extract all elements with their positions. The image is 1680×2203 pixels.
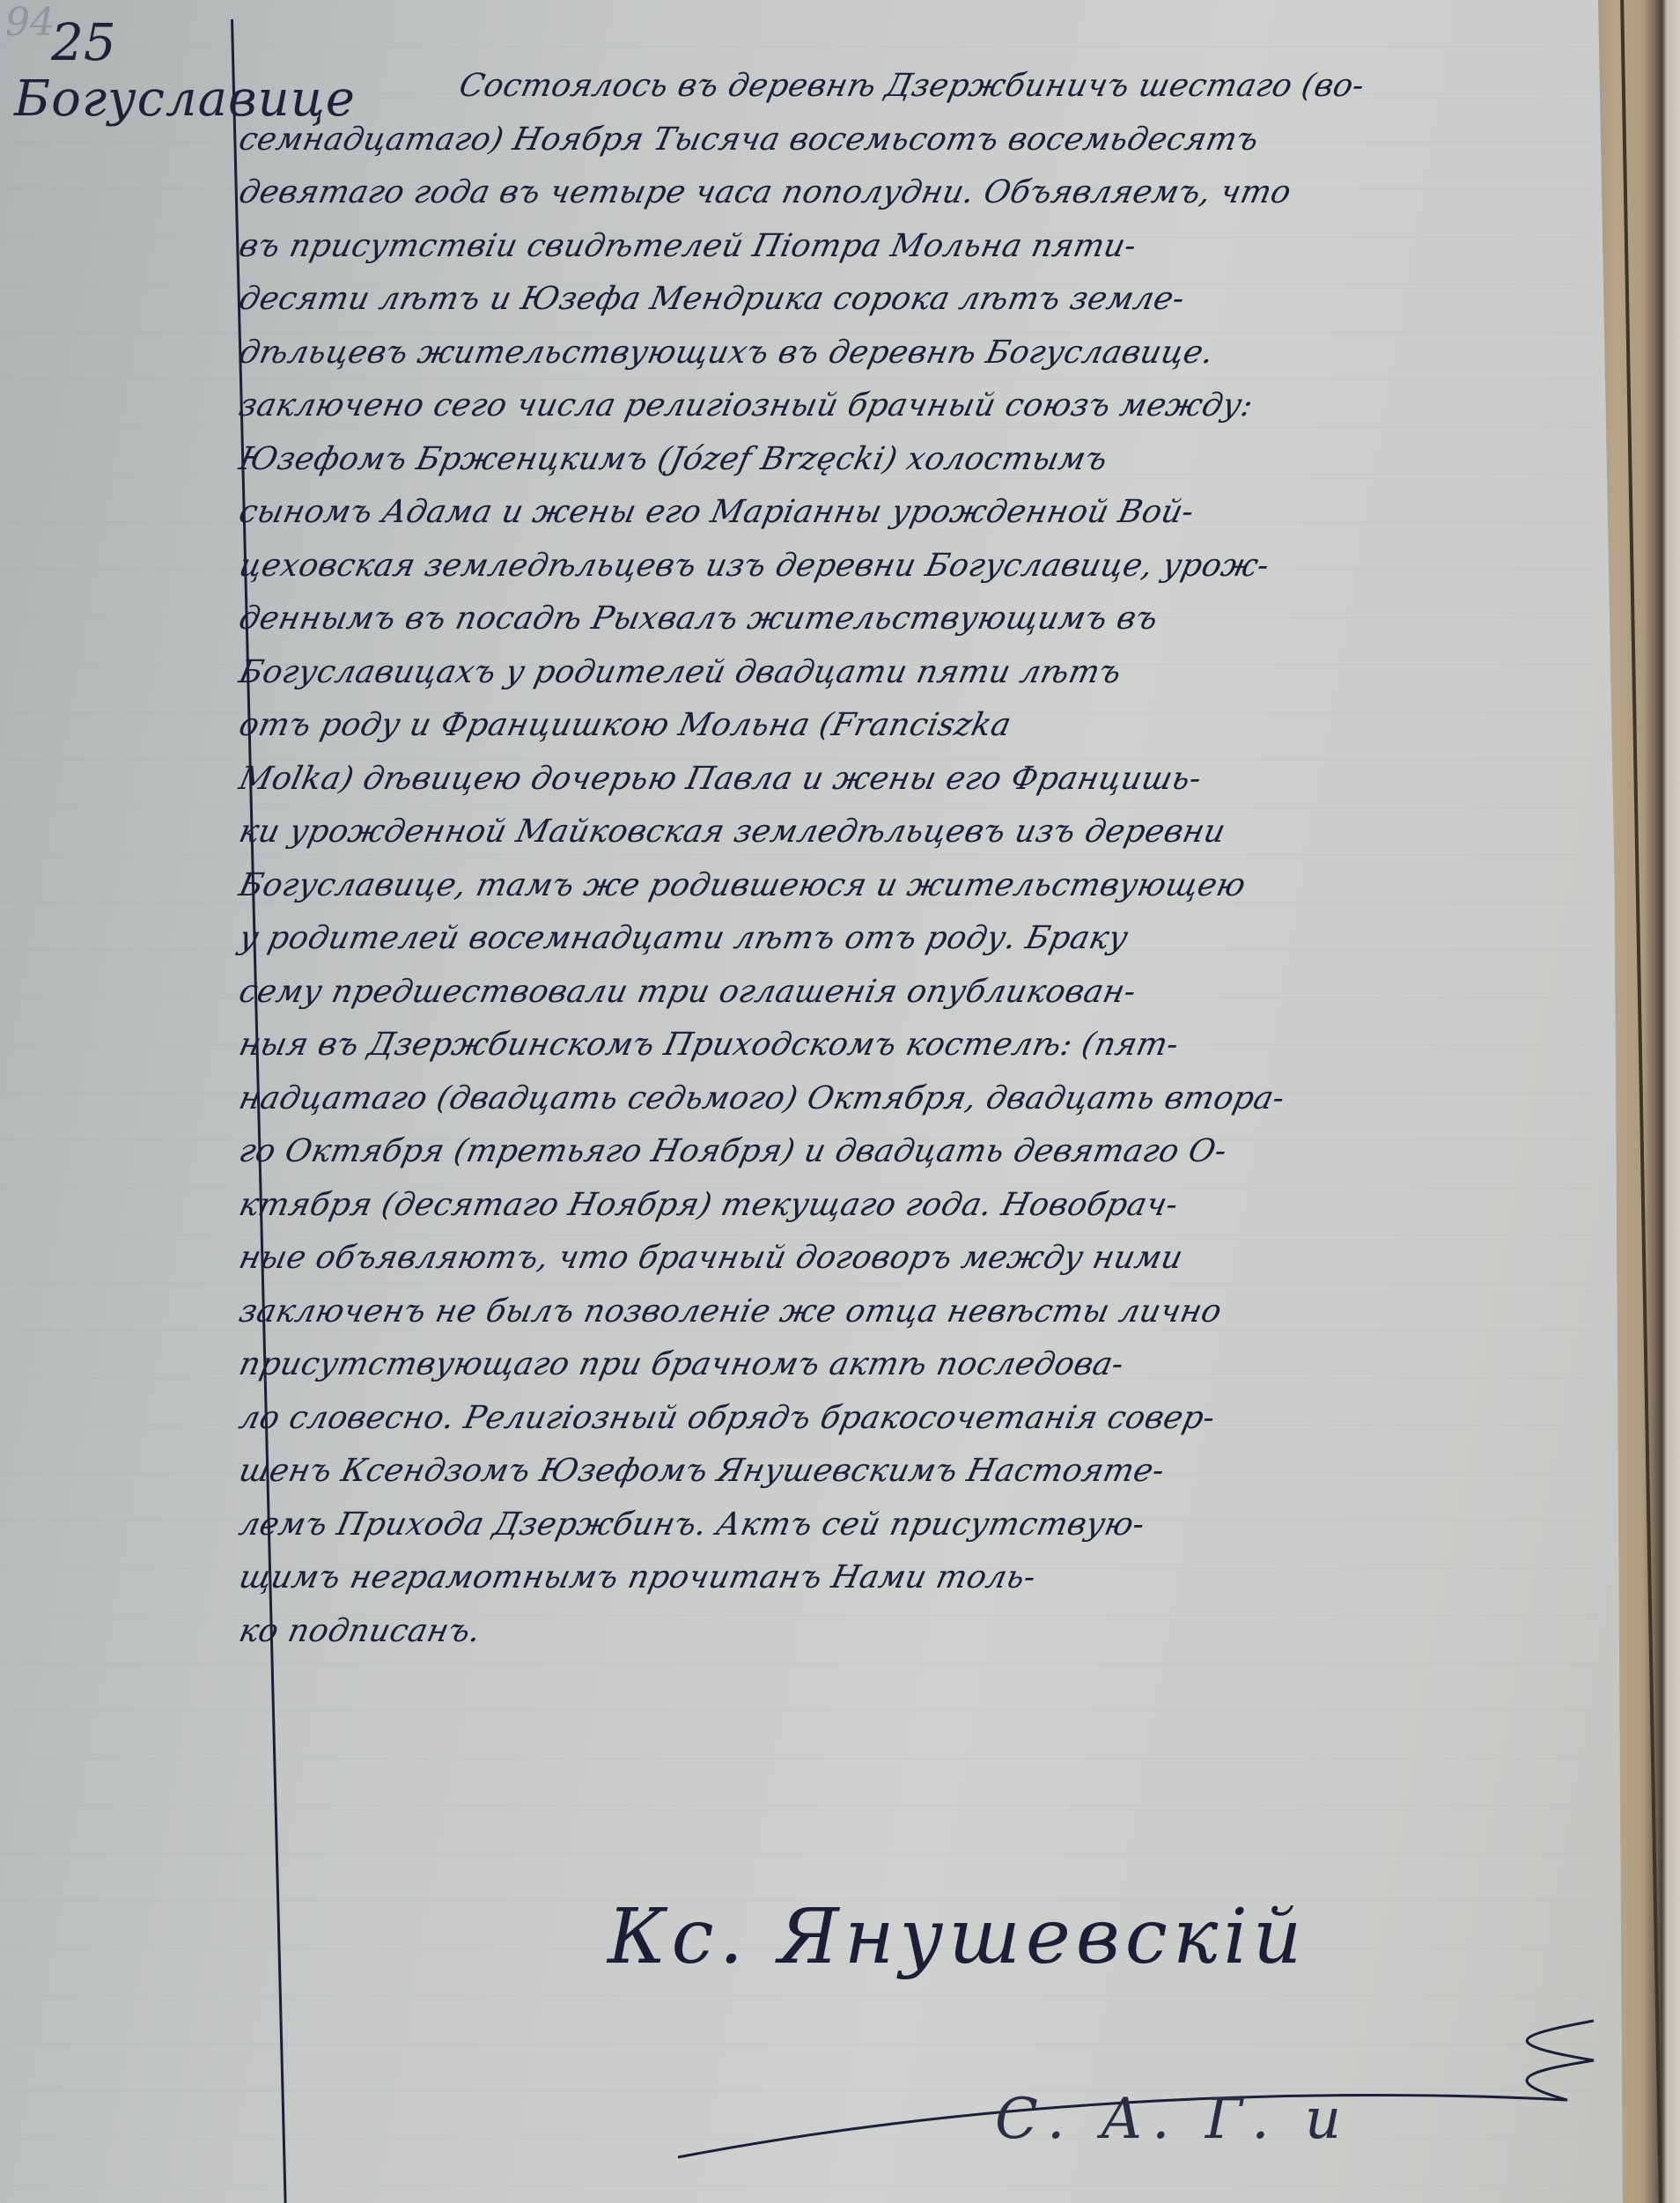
text-line: ныя въ Дзержбинскомъ Приходскомъ костелѣ… (234, 1019, 1602, 1072)
text-line: Molka) дѣвицею дочерью Павла и жены его … (234, 753, 1602, 807)
text-line: отъ роду и Францишкою Мольна (Franciszka (234, 699, 1602, 753)
text-line: деннымъ въ посадѣ Рыхвалъ жительствующим… (234, 593, 1602, 646)
text-line: цеховская земледѣльцевъ изъ деревни Богу… (234, 540, 1602, 593)
text-line: девятаго года въ четыре часа пополудни. … (234, 166, 1602, 220)
text-line: ко подписанъ. (234, 1605, 1602, 1659)
text-line: лемъ Прихода Дзержбинъ. Актъ сей присутс… (234, 1499, 1602, 1552)
text-line: присутствующаго при брачномъ актѣ послед… (234, 1338, 1602, 1392)
text-line: заключено сего числа религіозный брачный… (234, 379, 1602, 433)
text-line: ные объявляютъ, что брачный договоръ меж… (234, 1232, 1602, 1286)
text-line: ло словесно. Религіозный обрядъ бракосоч… (234, 1392, 1602, 1446)
manuscript-page: 94 25 Богуславице Состоялось въ деревнѣ … (0, 0, 1680, 2203)
text-line: шенъ Ксендзомъ Юзефомъ Янушевскимъ Насто… (234, 1445, 1602, 1499)
text-line: Юзефомъ Брженцкимъ (Józef Brzęcki) холос… (234, 433, 1602, 487)
text-line: го Октября (третьяго Ноября) и двадцать … (234, 1125, 1602, 1179)
text-line: Богуславице, тамъ же родившеюся и житель… (234, 859, 1602, 913)
text-line: десяти лѣтъ и Юзефа Мендрика сорока лѣтъ… (234, 273, 1602, 327)
text-line: сыномъ Адама и жены его Маріанны урожден… (234, 486, 1602, 540)
folio-number: 94 (5, 0, 55, 45)
text-line: сему предшествовали три оглашенія опубли… (234, 966, 1602, 1020)
entry-number: 25 (51, 12, 116, 72)
record-body: Состоялось въ деревнѣ Дзержбиничъ шестаг… (239, 60, 1595, 1658)
text-line: ки урожденной Майковская земледѣльцевъ и… (234, 806, 1602, 859)
text-line: щимъ неграмотнымъ прочитанъ Нами толь- (234, 1551, 1602, 1605)
text-line: въ присутствіи свидѣтелей Піотра Мольна … (234, 220, 1602, 274)
text-line: заключенъ не былъ позволеніе же отца нев… (234, 1286, 1602, 1339)
text-line: ктября (десятаго Ноября) текущаго года. … (234, 1179, 1602, 1233)
signature-block: Кс. Янушевскій С. А. Г. и (608, 1893, 1620, 2192)
text-line: Богуславицахъ у родителей двадцати пяти … (234, 646, 1602, 700)
text-line: у родителей восемнадцати лѣтъ отъ роду. … (234, 912, 1602, 966)
text-line: семнадцатаго) Ноября Тысяча восемьсотъ в… (234, 114, 1602, 167)
text-line: Состоялось въ деревнѣ Дзержбиничъ шестаг… (234, 60, 1602, 114)
registrar-initials: С. А. Г. и (995, 2087, 1350, 2152)
text-line: дѣльцевъ жительствующихъ въ деревнѣ Богу… (234, 327, 1602, 380)
text-line: надцатаго (двадцать седьмого) Октября, д… (234, 1072, 1602, 1126)
